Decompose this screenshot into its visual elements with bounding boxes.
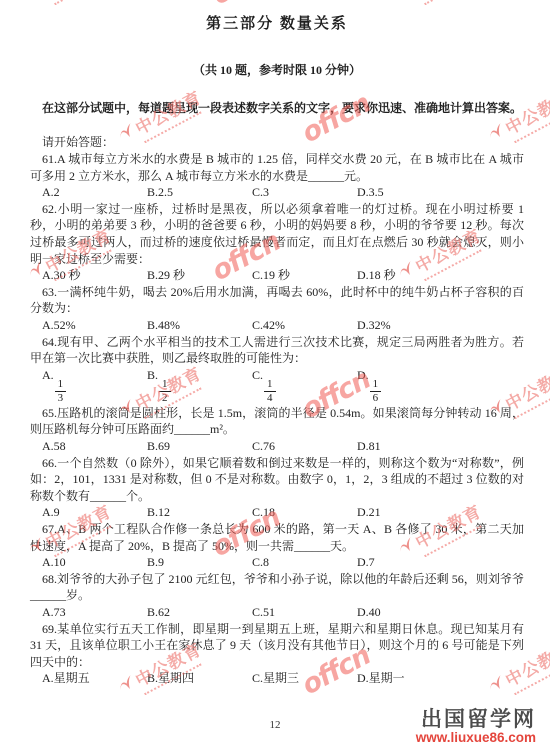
option: D.81	[357, 438, 524, 455]
fraction: 14	[264, 379, 276, 405]
option: D.16	[357, 367, 524, 405]
options-row: A.30 秒B.29 秒C.19 秒D.18 秒	[42, 267, 524, 284]
site-url: www.liuxue86.com	[416, 731, 536, 746]
zhonggong-swoosh-icon	[396, 0, 418, 6]
watermark-brand-cn: 中公教育	[410, 0, 485, 1]
option: C.76	[252, 438, 357, 455]
fraction-numerator: 1	[159, 379, 171, 393]
option: C.42%	[252, 317, 357, 334]
option: D.18 秒	[357, 267, 524, 284]
option: B.星期四	[147, 670, 252, 687]
zhonggong-swoosh-icon	[26, 0, 48, 6]
watermark-brand-cn: 中公教育	[40, 0, 115, 1]
question-text: 62.小明一家过一座桥，过桥时是黑夜，所以必须拿着唯一的灯过桥。现在小明过桥要 …	[30, 201, 524, 267]
option: A.73	[42, 604, 147, 621]
section-title: 第三部分 数量关系	[30, 12, 524, 33]
watermark-brand-row: 中公教育	[23, 0, 115, 10]
fraction-numerator: 1	[264, 379, 276, 393]
fraction-denominator: 2	[162, 392, 168, 405]
options-row: A.13B.12C.14D.16	[42, 367, 524, 405]
watermark: offcn	[0, 364, 5, 425]
options-row: A.10B.9C.8D.7	[42, 554, 524, 571]
watermark-slogan-dots	[54, 0, 111, 5]
watermark-brand-en: offcn	[207, 0, 285, 11]
option: D.21	[357, 504, 524, 521]
option: A.2	[42, 184, 147, 201]
option: B.62	[147, 604, 252, 621]
option: A.10	[42, 554, 147, 571]
site-logo: 出国留学网 www.liuxue86.com	[416, 709, 536, 746]
option: B.2.5	[147, 184, 252, 201]
fraction-denominator: 4	[267, 392, 273, 405]
option: A.52%	[42, 317, 147, 334]
question-text: 68.刘爷爷的大孙子包了 2100 元红包，爷爷和小孙子说，除以他的年龄后还剩 …	[30, 571, 524, 604]
fraction: 16	[370, 379, 382, 405]
watermark: offcn	[207, 0, 285, 11]
question-text: 65.压路机的滚筒是圆柱形，长是 1.5m，滚筒的半径是 0.54m。如果滚筒每…	[30, 405, 524, 438]
start-prompt: 请开始答题：	[30, 134, 524, 151]
question-text: 69.某单位实行五天工作制，即星期一到星期五上班，星期六和星期日休息。现已知某月…	[30, 621, 524, 671]
question-text: 66.一个自然数（0 除外），如果它顺着数和倒过来数是一样的，则称这个数为“对称…	[30, 455, 524, 505]
option: C.51	[252, 604, 357, 621]
watermark-slogan-dots	[424, 0, 481, 5]
option: B.12	[147, 367, 252, 405]
fraction: 12	[159, 379, 171, 405]
option: A.星期五	[42, 670, 147, 687]
option: A.58	[42, 438, 147, 455]
fraction: 13	[55, 379, 67, 405]
option: C.19 秒	[252, 267, 357, 284]
option: D.40	[357, 604, 524, 621]
fraction-numerator: 1	[370, 379, 382, 393]
option: A.9	[42, 504, 147, 521]
watermark-brand-en: offcn	[0, 640, 5, 701]
option: C.3	[252, 184, 357, 201]
watermark-brand-en: offcn	[0, 88, 5, 149]
site-name: 出国留学网	[416, 709, 536, 731]
option: B.9	[147, 554, 252, 571]
watermark-brand-row: 中公教育	[393, 0, 485, 10]
fraction-denominator: 6	[373, 392, 379, 405]
option: C.18	[252, 504, 357, 521]
option: B.69	[147, 438, 252, 455]
options-row: A.58B.69C.76D.81	[42, 438, 524, 455]
instructions: 在这部分试题中，每道题呈现一段表述数字关系的文字，要求你迅速、准确地计算出答案。	[30, 100, 524, 117]
watermark-brand-en: offcn	[0, 364, 5, 425]
option: B.12	[147, 504, 252, 521]
options-row: A.9B.12C.18D.21	[42, 504, 524, 521]
watermark: offcn	[0, 88, 5, 149]
option: C.14	[252, 367, 357, 405]
fraction-denominator: 3	[58, 392, 64, 405]
option: D.3.5	[357, 184, 524, 201]
options-row: A.73B.62C.51D.40	[42, 604, 524, 621]
page-content: 第三部分 数量关系 （共 10 题，参考时限 10 分钟） 在这部分试题中，每道…	[30, 12, 524, 687]
options-row: A.52%B.48%C.42%D.32%	[42, 317, 524, 334]
question-count-note: （共 10 题，参考时限 10 分钟）	[30, 61, 524, 78]
fraction-numerator: 1	[55, 379, 67, 393]
option: C.8	[252, 554, 357, 571]
question-list: 61.A 城市每立方米水的水费是 B 城市的 1.25 倍，同样交水费 20 元…	[30, 151, 524, 687]
question-text: 67.A、B 两个工程队合作修一条总长为 600 米的路，第一天 A、B 各修了…	[30, 521, 524, 554]
options-row: A.星期五B.星期四C.星期三D.星期一	[42, 670, 524, 687]
option: D.星期一	[357, 670, 524, 687]
exam-page: 中公教育offcn中公教育offcnoffcn中公教育offcn中公教育中公教育…	[0, 0, 550, 751]
watermark: offcn	[0, 640, 5, 701]
question-text: 64.现有甲、乙两个水平相当的技术工人需进行三次技术比赛，规定三局两胜者为胜方。…	[30, 334, 524, 367]
option: C.星期三	[252, 670, 357, 687]
option: D.32%	[357, 317, 524, 334]
question-text: 63.一满杯纯牛奶，喝去 20%后用水加满，再喝去 60%，此时杯中的纯牛奶占杯…	[30, 284, 524, 317]
question-text: 61.A 城市每立方米水的水费是 B 城市的 1.25 倍，同样交水费 20 元…	[30, 151, 524, 184]
option: B.48%	[147, 317, 252, 334]
option: A.13	[42, 367, 147, 405]
option: D.7	[357, 554, 524, 571]
option: B.29 秒	[147, 267, 252, 284]
option: A.30 秒	[42, 267, 147, 284]
options-row: A.2B.2.5C.3D.3.5	[42, 184, 524, 201]
